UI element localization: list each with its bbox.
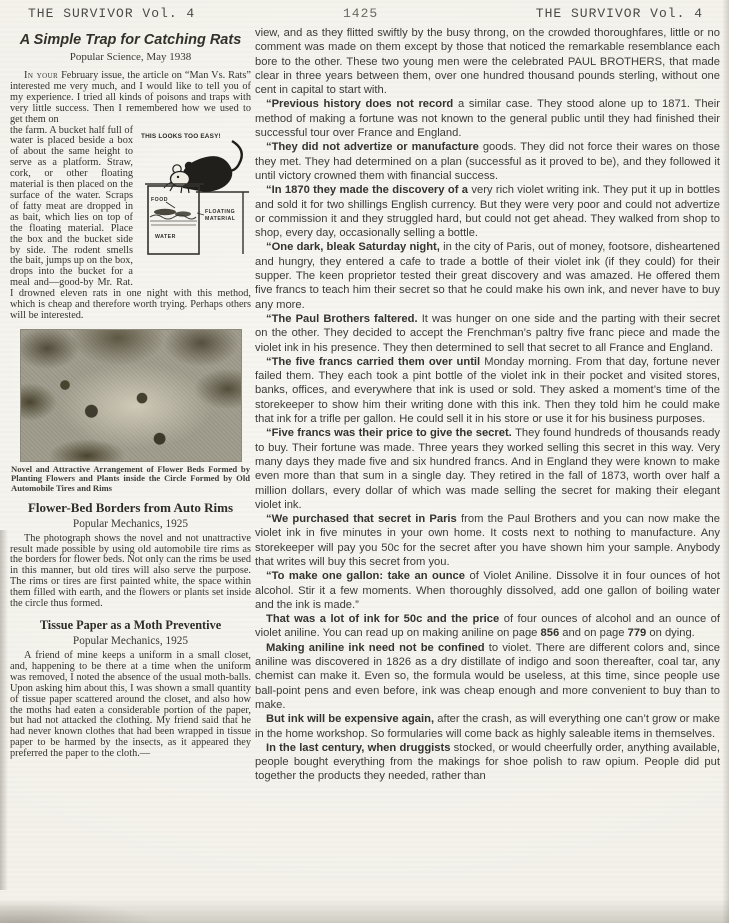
photo-caption: Novel and Attractive Arrangement of Flow… bbox=[11, 465, 250, 494]
paragraph-lead-bold: That was a lot of ink for 50c and the pr… bbox=[266, 613, 504, 625]
cartoon-caption: THIS LOOKS TOO EASY! bbox=[141, 133, 221, 140]
food-arrow bbox=[166, 202, 175, 208]
article-body-wrap: THIS LOOKS TOO EASY! bbox=[10, 126, 251, 322]
article-flower-beds: Novel and Attractive Arrangement of Flow… bbox=[10, 329, 251, 610]
article-rat-trap: A Simple Trap for Catching Rats Popular … bbox=[10, 32, 251, 322]
paragraph-lead-bold: “In 1870 they made the discovery of a bbox=[266, 184, 471, 196]
paragraph: “To make one gallon: take an ounce of Vi… bbox=[255, 569, 720, 612]
header-left-title: THE SURVIVOR Vol. 4 bbox=[28, 6, 195, 21]
floating-material-label-2: MATERIAL bbox=[205, 216, 236, 222]
page-header: THE SURVIVOR Vol. 4 1425 THE SURVIVOR Vo… bbox=[0, 6, 729, 26]
page-number: 1425 bbox=[343, 6, 378, 21]
scan-artifact-left-streak bbox=[0, 530, 8, 890]
rat-whiskers bbox=[164, 182, 172, 188]
paragraph-lead-bold: “We purchased that secret in Paris bbox=[266, 513, 461, 525]
header-right-title: THE SURVIVOR Vol. 4 bbox=[536, 6, 703, 21]
garden-photo bbox=[20, 329, 242, 462]
paragraph-text: They found hundreds of thousands ready t… bbox=[255, 427, 720, 510]
paragraph-lead-bold: Making aniline ink need not be confined bbox=[266, 642, 489, 654]
paragraph-lead-bold: But ink will be expensive again, bbox=[266, 713, 437, 725]
paragraph-text: and on page bbox=[559, 627, 627, 639]
paragraph: “One dark, bleak Saturday night, in the … bbox=[255, 240, 720, 311]
paragraph: “They did not advertize or manufacture g… bbox=[255, 140, 720, 183]
paragraph: That was a lot of ink for 50c and the pr… bbox=[255, 612, 720, 641]
floating-material-label-1: FLOATING bbox=[205, 209, 235, 215]
rat-eye bbox=[177, 175, 179, 177]
paragraph: “We purchased that secret in Paris from … bbox=[255, 512, 720, 569]
paragraph-lead-bold: “One dark, bleak Saturday night, bbox=[266, 241, 443, 253]
paragraph: Making aniline ink need not be confined … bbox=[255, 641, 720, 712]
lead-smallcaps: In your bbox=[24, 70, 58, 81]
floating-debris bbox=[154, 208, 176, 214]
paragraph-lead-bold: “To make one gallon: take an ounce bbox=[266, 570, 470, 582]
right-column: view, and as they flitted swiftly by the… bbox=[255, 26, 720, 784]
paragraph-text: view, and as they flitted swiftly by the… bbox=[255, 27, 720, 96]
scanned-page: THE SURVIVOR Vol. 4 1425 THE SURVIVOR Vo… bbox=[0, 0, 729, 923]
bucket-water-label: WATER bbox=[155, 234, 176, 240]
paragraph-lead-bold: “The five francs carried them over until bbox=[266, 356, 484, 368]
paragraph: view, and as they flitted swiftly by the… bbox=[255, 26, 720, 97]
paragraph-lead-bold: 856 bbox=[541, 627, 560, 639]
rat-ear bbox=[185, 161, 193, 169]
article-source: Popular Science, May 1938 bbox=[10, 51, 251, 63]
article-title: Tissue Paper as a Moth Preventive bbox=[10, 618, 251, 633]
paragraph: “The Paul Brothers faltered. It was hung… bbox=[255, 312, 720, 355]
article-source: Popular Mechanics, 1925 bbox=[10, 635, 251, 647]
rat-cartoon-drawing: THIS LOOKS TOO EASY! bbox=[138, 128, 251, 278]
paragraph-text: on dying. bbox=[646, 627, 695, 639]
paragraph-lead-bold: “They did not advertize or manufacture bbox=[266, 141, 483, 153]
scan-artifact-right-streak bbox=[722, 0, 729, 923]
article-body: A friend of mine keeps a uniform in a sm… bbox=[10, 651, 251, 760]
floating-material-arrow bbox=[197, 213, 204, 215]
paragraph: In the last century, when druggists stoc… bbox=[255, 741, 720, 784]
rat-trap-cartoon-illustration: THIS LOOKS TOO EASY! bbox=[138, 128, 251, 278]
article-body: The photograph shows the novel and not u… bbox=[10, 534, 251, 610]
article-body-intro: In your February issue, the article on “… bbox=[10, 71, 251, 126]
paragraph: “In 1870 they made the discovery of a ve… bbox=[255, 183, 720, 240]
article-title: A Simple Trap for Catching Rats bbox=[10, 32, 251, 48]
article-title: Flower-Bed Borders from Auto Rims bbox=[10, 500, 251, 516]
paragraph: “Five francs was their price to give the… bbox=[255, 426, 720, 512]
article-source: Popular Mechanics, 1925 bbox=[10, 518, 251, 530]
paragraph-lead-bold: “The Paul Brothers faltered. bbox=[266, 313, 422, 325]
scan-artifact-bottom-smudge bbox=[0, 898, 729, 923]
paragraph: “The five francs carried them over until… bbox=[255, 355, 720, 426]
left-column: A Simple Trap for Catching Rats Popular … bbox=[10, 30, 251, 760]
paragraph-lead-bold: In the last century, when druggists bbox=[266, 742, 454, 754]
paragraph-lead-bold: “Five francs was their price to give the… bbox=[266, 427, 515, 439]
water-lines bbox=[150, 221, 197, 225]
bucket-food-label: FOOD bbox=[151, 197, 168, 203]
paragraph: But ink will be expensive again, after t… bbox=[255, 712, 720, 741]
paragraph-lead-bold: 779 bbox=[628, 627, 647, 639]
box-outline bbox=[196, 192, 249, 254]
paragraph: “Previous history does not record a simi… bbox=[255, 97, 720, 140]
article-tissue-paper: Tissue Paper as a Moth Preventive Popula… bbox=[10, 618, 251, 760]
paragraph-lead-bold: “Previous history does not record bbox=[266, 98, 458, 110]
